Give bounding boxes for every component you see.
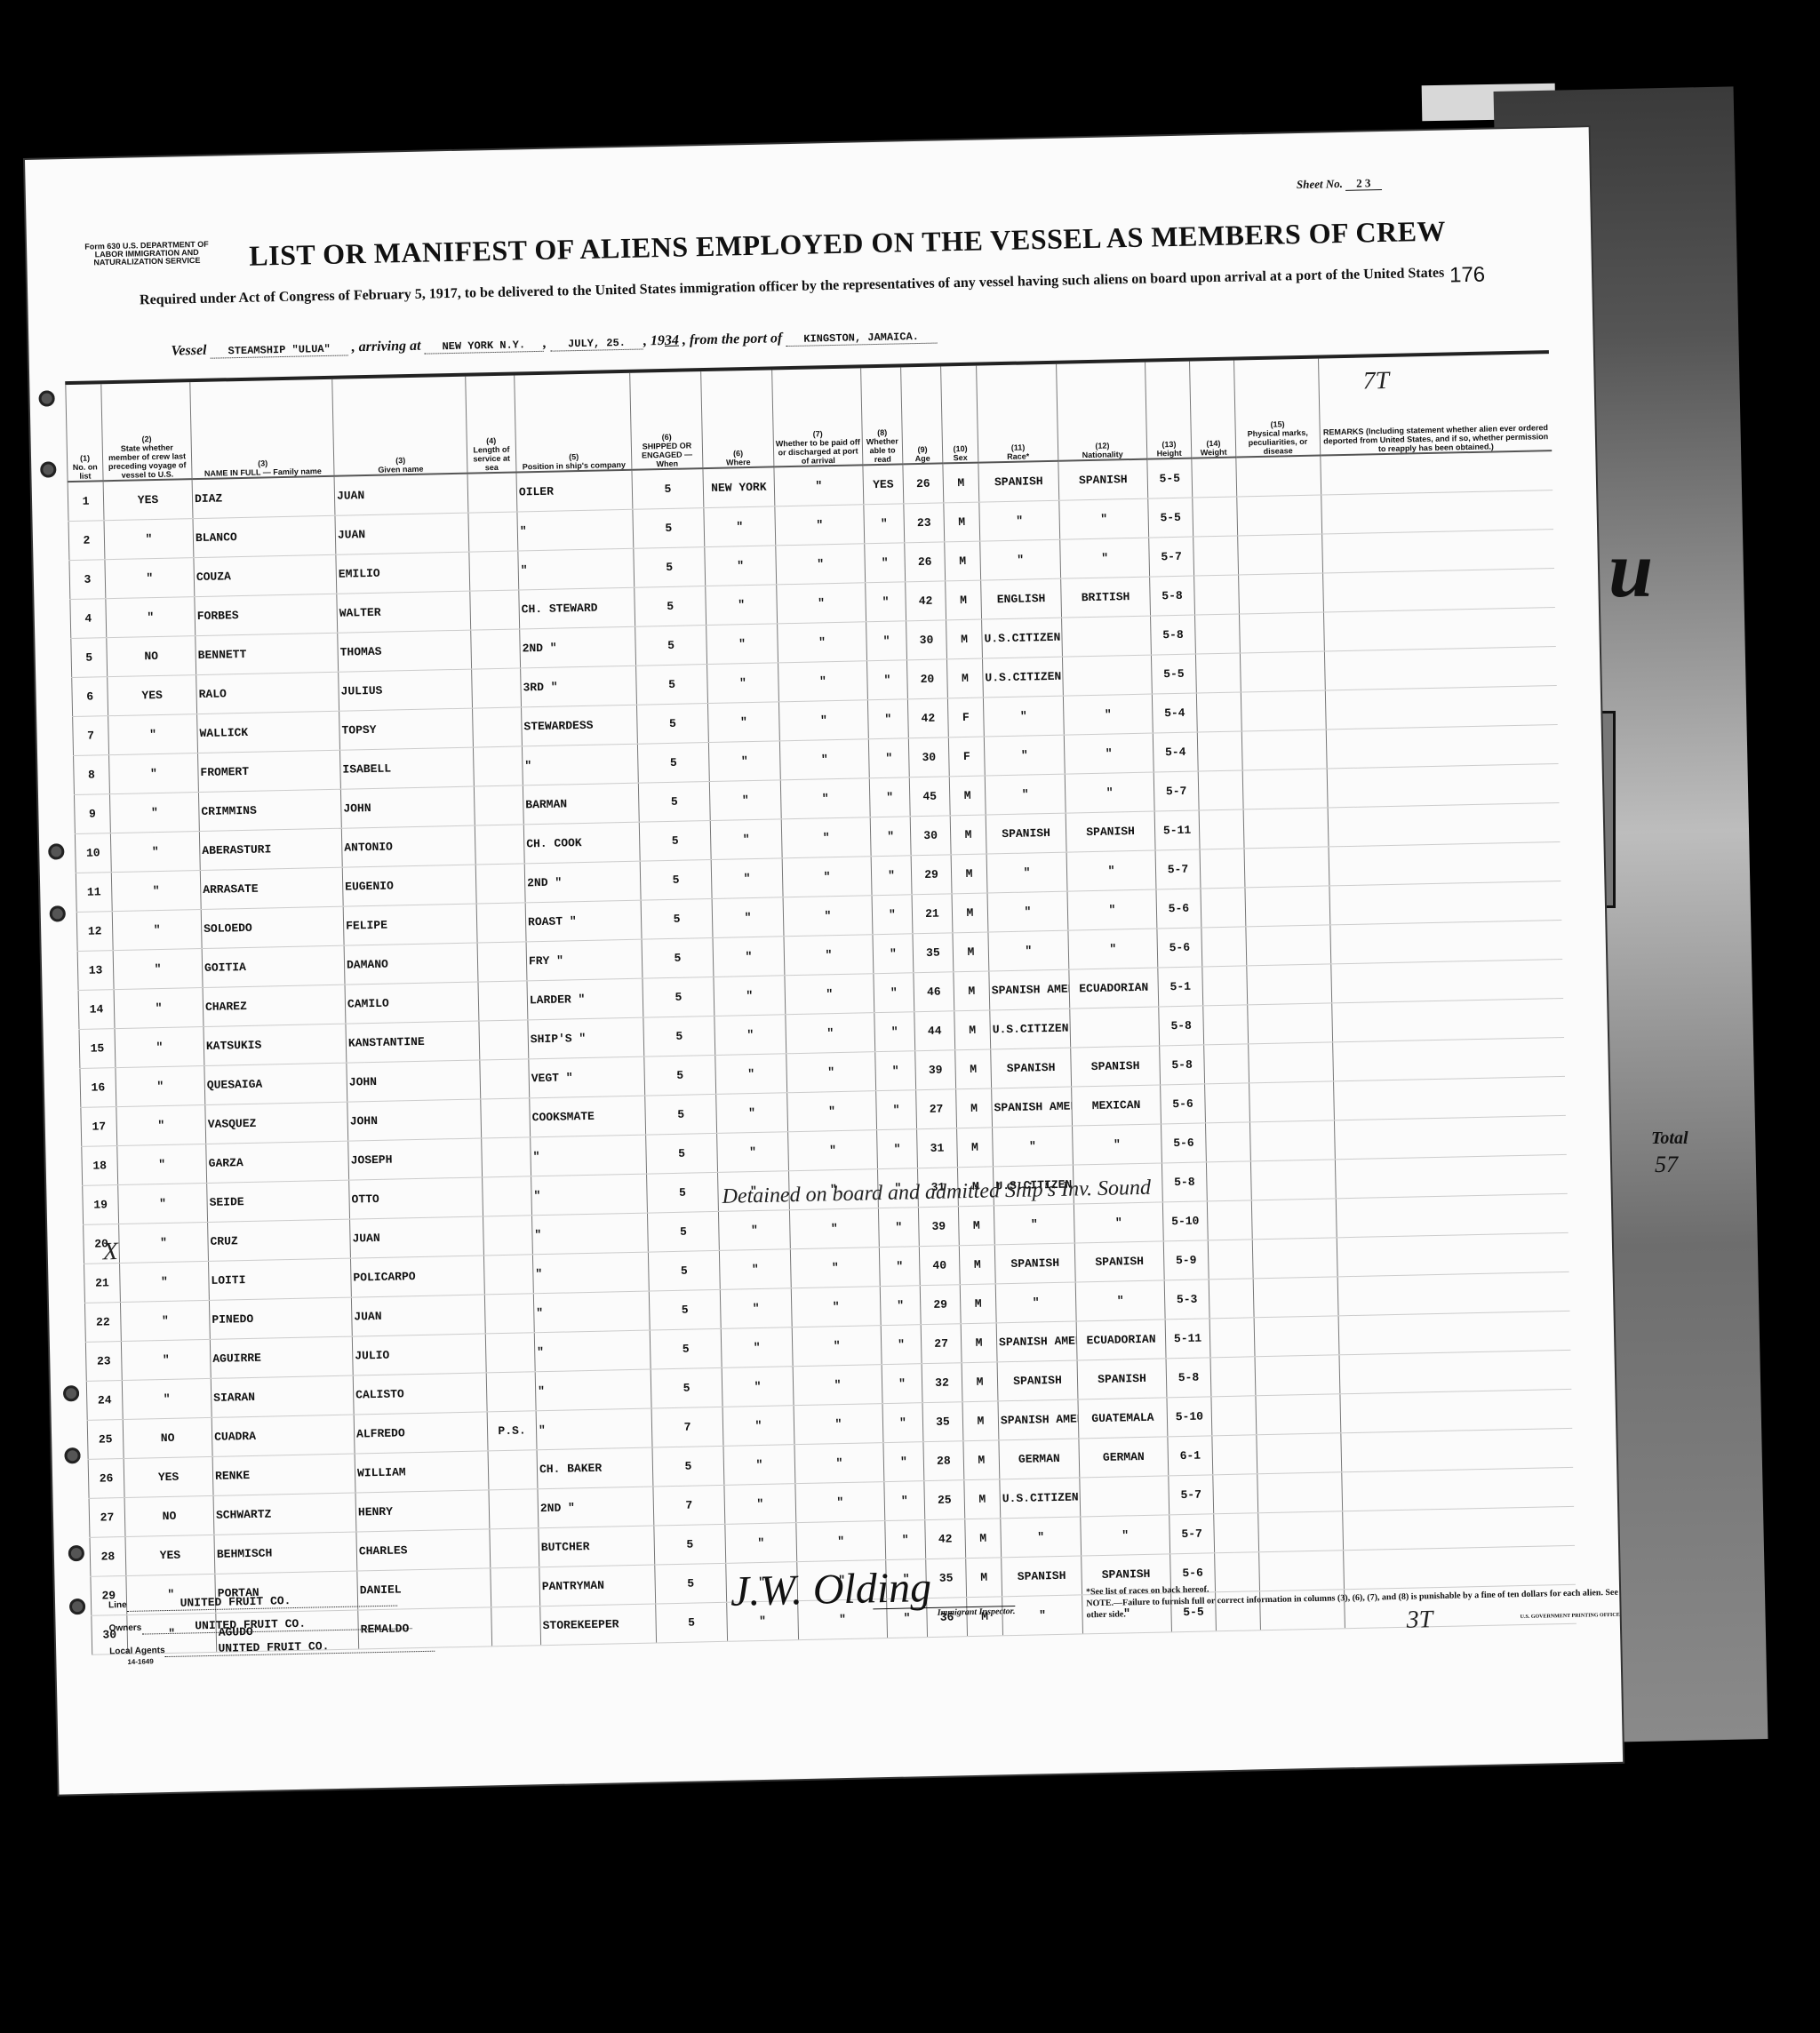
cell-nationality: ": [1064, 733, 1153, 774]
cell-read: ": [874, 973, 914, 1013]
cell-empty: [1192, 458, 1237, 498]
cell-sex: M: [949, 776, 986, 816]
cell-read: ": [883, 1442, 924, 1482]
cell-nationality: ": [1073, 1124, 1162, 1165]
cell-nationality: ECUADORIAN: [1076, 1319, 1166, 1360]
column-label: Whether able to read: [865, 436, 901, 464]
cell-empty: [1240, 651, 1325, 692]
cell-empty: [1248, 1003, 1333, 1044]
cell-empty: [1330, 920, 1562, 963]
cell-where: ": [722, 1406, 794, 1447]
cell-prev: ": [104, 519, 194, 560]
cell-height: 5-7: [1153, 771, 1199, 811]
cell-when: 5: [636, 704, 708, 745]
cell-paid: ": [778, 661, 868, 702]
cell-height: 5-8: [1161, 1162, 1207, 1202]
cell-family: RALO: [196, 672, 339, 714]
cell-position: ": [535, 1369, 651, 1411]
cell-empty: [1198, 770, 1243, 810]
cell-prev: YES: [125, 1535, 215, 1575]
cell-no: 8: [74, 755, 110, 795]
cell-no: 21: [84, 1264, 121, 1304]
cell-age: 45: [909, 777, 950, 817]
column-label: Height: [1149, 449, 1189, 458]
cell-when: 5: [638, 782, 710, 823]
cell-age: 26: [903, 463, 944, 503]
sheet-value: 2 3: [1345, 176, 1382, 191]
cell-height: 5-6: [1157, 928, 1202, 968]
cell-empty: [1325, 686, 1557, 729]
column-label: Where: [705, 457, 771, 467]
cell-when: 5: [651, 1367, 722, 1408]
cell-nationality: [1062, 616, 1152, 657]
cell-paid: ": [785, 974, 874, 1015]
cell-paid: ": [784, 935, 874, 976]
cell-given: JUAN: [335, 513, 469, 554]
cell-height: 5-7: [1155, 849, 1201, 889]
cell-race: U.S.CITIZEN: [1000, 1478, 1081, 1519]
column-label: No. on list: [69, 462, 100, 481]
cell-position: VEGT ": [529, 1056, 645, 1098]
cell-when: 5: [648, 1250, 720, 1291]
cell-service: P.S.: [487, 1411, 537, 1451]
cell-position: ": [522, 744, 638, 785]
year-value: 34: [665, 333, 679, 348]
column-header: (3)Given name: [332, 377, 467, 476]
cell-age: 42: [906, 581, 946, 621]
from-port-label: , from the port of: [682, 331, 783, 347]
cell-age: 44: [914, 1011, 955, 1051]
manifest-sheet: Form 630 U.S. DEPARTMENT OF LABOR IMMIGR…: [25, 127, 1623, 1794]
cell-where: ": [720, 1288, 792, 1329]
cell-height: 5-11: [1165, 1319, 1210, 1359]
cell-family: SIARAN: [211, 1375, 354, 1417]
cell-sex: M: [962, 1362, 998, 1402]
cell-given: JOSEPH: [348, 1138, 483, 1180]
cell-age: 35: [922, 1402, 963, 1442]
cell-when: 5: [647, 1172, 719, 1213]
cell-read: ": [877, 1129, 918, 1169]
cell-service: [489, 1489, 539, 1529]
cell-position: ROAST ": [525, 900, 642, 942]
cell-family: CUADRA: [212, 1415, 355, 1456]
cell-empty: [1201, 927, 1247, 967]
cell-race: ": [993, 1126, 1074, 1167]
cell-race: ENGLISH: [981, 578, 1062, 619]
cell-when: 5: [636, 665, 708, 706]
cell-when: 5: [633, 508, 705, 549]
cell-empty: [1203, 1005, 1249, 1045]
cell-given: JUAN: [334, 474, 468, 516]
cell-prev: ": [118, 1183, 208, 1224]
cell-paid: ": [782, 857, 872, 897]
cell-prev: ": [120, 1300, 210, 1341]
cell-service: [483, 1176, 532, 1216]
column-label: Physical marks, peculiarities, or diseas…: [1238, 428, 1319, 457]
cell-sex: M: [946, 658, 983, 698]
cell-service: [473, 707, 523, 747]
cell-no: 6: [72, 677, 108, 717]
cell-service: [468, 512, 518, 552]
cell-height: 5-6: [1161, 1084, 1206, 1124]
column-label: Age: [905, 453, 940, 463]
cell-empty: [1212, 1435, 1257, 1475]
cell-nationality: ": [1059, 498, 1149, 539]
cell-read: ": [869, 777, 910, 817]
cell-where: ": [718, 1210, 790, 1251]
cell-age: 25: [924, 1480, 965, 1520]
cell-no: 4: [70, 599, 107, 639]
cell-where: ": [712, 897, 784, 938]
department-label: Form 630 U.S. DEPARTMENT OF LABOR IMMIGR…: [80, 241, 214, 267]
cell-given: THOMAS: [338, 630, 472, 672]
cell-height: 5-10: [1167, 1397, 1212, 1437]
cell-sex: M: [956, 1088, 993, 1128]
cell-empty: [1208, 1240, 1253, 1280]
cell-service: [490, 1528, 539, 1568]
cell-given: JUAN: [351, 1295, 485, 1336]
cell-race: ": [986, 852, 1067, 893]
cell-empty: [1240, 612, 1325, 653]
cell-read: ": [868, 738, 909, 778]
cell-race: ": [995, 1282, 1076, 1323]
cell-prev: ": [112, 910, 202, 951]
cell-no: 18: [82, 1146, 118, 1186]
cell-given: WALTER: [337, 591, 471, 633]
punch-hole: [40, 461, 56, 477]
cell-position: ": [536, 1408, 652, 1450]
cell-empty: [1195, 653, 1241, 693]
cell-paid: ": [788, 1130, 878, 1171]
cell-empty: [1256, 1394, 1341, 1435]
cell-family: FROMERT: [198, 750, 341, 792]
cell-given: WILLIAM: [355, 1451, 489, 1493]
cell-when: 5: [649, 1289, 721, 1330]
cell-when: 5: [646, 1133, 718, 1174]
cell-empty: [1204, 1044, 1249, 1084]
cell-race: ": [994, 1204, 1074, 1245]
cell-empty: [1335, 1154, 1567, 1198]
handwritten-remarks-top: 7T: [1362, 367, 1389, 396]
cell-prev: ": [121, 1339, 211, 1380]
agents-label: Local Agents: [109, 1646, 165, 1656]
cell-empty: [1336, 1193, 1568, 1237]
cell-empty: [1337, 1272, 1569, 1315]
cell-where: ": [721, 1327, 793, 1368]
cell-read: ": [880, 1286, 921, 1326]
cell-position: COOKSMATE: [530, 1096, 646, 1137]
cell-empty: [1327, 764, 1559, 808]
cell-no: 27: [89, 1497, 125, 1537]
sheet-number: Sheet No. 2 3: [1297, 176, 1382, 192]
cell-prev: ": [109, 793, 199, 833]
cell-when: 5: [643, 1016, 715, 1056]
cell-empty: [1244, 847, 1329, 888]
cell-race: U.S.CITIZEN: [990, 1009, 1071, 1049]
cell-nationality: SPANISH: [1077, 1359, 1167, 1399]
cell-family: QUESAIGA: [204, 1063, 347, 1104]
cell-sex: M: [963, 1440, 1000, 1480]
cell-when: 5: [634, 547, 706, 588]
cell-height: 5-5: [1148, 498, 1193, 538]
cell-family: CRUZ: [208, 1219, 351, 1261]
punch-hole: [64, 1447, 80, 1463]
cell-empty: [1197, 731, 1242, 771]
cell-family: COUZA: [194, 554, 337, 596]
column-header: (5)Position in ship's company: [515, 373, 632, 473]
cell-prev: ": [122, 1378, 212, 1419]
cell-paid: ": [779, 739, 869, 780]
column-header: (1)No. on list: [66, 384, 103, 482]
cell-given: CALISTO: [353, 1373, 487, 1415]
cell-paid: ": [791, 1287, 881, 1327]
cell-age: 32: [922, 1363, 962, 1403]
cell-position: CH. COOK: [523, 822, 640, 864]
cell-empty: [1207, 1200, 1252, 1240]
column-header: (14)Weight: [1190, 361, 1236, 458]
cell-no: 24: [86, 1381, 123, 1421]
cell-empty: [1202, 966, 1248, 1006]
cell-empty: [1334, 1115, 1566, 1159]
cell-no: 14: [78, 990, 115, 1030]
cell-no: 19: [83, 1185, 119, 1225]
cell-empty: [1194, 575, 1240, 615]
cell-empty: [1258, 1511, 1344, 1552]
cell-position: ": [518, 548, 635, 590]
arriving-label: , arriving at: [352, 339, 421, 355]
cell-where: ": [704, 506, 776, 547]
cell-sex: M: [944, 502, 980, 542]
cell-height: 5-8: [1159, 1006, 1204, 1046]
cell-height: 5-6: [1156, 889, 1201, 929]
cell-where: ": [706, 624, 778, 665]
cell-paid: ": [783, 896, 873, 937]
cell-given: OTTO: [349, 1177, 483, 1219]
cell-given: EUGENIO: [342, 865, 476, 906]
column-header: (15)Physical marks, peculiarities, or di…: [1234, 359, 1321, 458]
column-header: (3)NAME IN FULL — Family name: [190, 379, 334, 479]
cell-family: RENKE: [212, 1454, 355, 1495]
sheet-label: Sheet No.: [1297, 177, 1343, 191]
cell-position: 2ND ": [538, 1487, 654, 1528]
cell-empty: [1342, 1467, 1574, 1511]
cell-height: 5-8: [1160, 1045, 1205, 1085]
cell-paid: ": [794, 1404, 883, 1445]
cell-family: BENNETT: [196, 633, 339, 674]
cell-given: ISABELL: [339, 747, 474, 789]
cell-empty: [1323, 569, 1555, 612]
cell-age: 28: [923, 1441, 964, 1481]
cell-sex: M: [950, 815, 986, 855]
cell-sex: M: [951, 854, 987, 894]
cell-sex: M: [960, 1284, 996, 1324]
cell-paid: ": [774, 465, 864, 506]
cell-nationality: ": [1067, 889, 1157, 930]
cell-no: 17: [81, 1107, 117, 1147]
cell-empty: [1255, 1355, 1340, 1396]
cell-prev: YES: [124, 1456, 213, 1497]
cell-no: 22: [84, 1303, 121, 1343]
cell-family: WALLICK: [197, 711, 340, 753]
cell-sex: M: [943, 463, 979, 503]
cell-when: 5: [640, 860, 712, 901]
cell-paid: ": [780, 778, 870, 819]
cell-given: JOHN: [340, 786, 475, 828]
cell-no: 15: [79, 1029, 116, 1069]
cell-family: FORBES: [195, 594, 338, 635]
cell-age: 30: [910, 816, 951, 856]
cell-position: 2ND ": [520, 626, 636, 668]
cell-service: [485, 1333, 535, 1373]
cell-empty: [1205, 1122, 1250, 1162]
cell-where: ": [724, 1484, 796, 1525]
cell-when: 5: [637, 743, 709, 784]
cell-read: ": [872, 895, 913, 935]
cell-empty: [1340, 1389, 1572, 1432]
cell-read: ": [871, 856, 912, 896]
cell-nationality: ECUADORIAN: [1069, 968, 1159, 1009]
cell-no: 25: [87, 1420, 124, 1460]
cell-read: ": [885, 1520, 926, 1560]
cell-race: ": [979, 500, 1060, 541]
cell-prev: NO: [124, 1495, 214, 1536]
cell-empty: [1250, 1160, 1336, 1200]
cell-service: [480, 1059, 530, 1099]
cell-sex: M: [946, 580, 982, 620]
vessel-line: Vessel STEAMSHIP "ULUA" , arriving at NE…: [171, 328, 937, 360]
column-header: (8)Whether able to read: [861, 367, 903, 465]
cell-height: 5-5: [1151, 654, 1196, 694]
cell-read: ": [874, 1012, 915, 1052]
cell-service: [476, 903, 526, 943]
crew-table: (1)No. on list(2)State whether member of…: [65, 350, 1576, 1655]
cell-where: ": [723, 1445, 795, 1486]
cell-race: SPANISH AMERICAN: [989, 969, 1070, 1010]
page-title: LIST OR MANIFEST OF ALIENS EMPLOYED ON T…: [249, 215, 1446, 273]
cell-empty: [1246, 925, 1331, 966]
cell-age: 27: [916, 1089, 957, 1129]
cell-read: ": [867, 699, 908, 739]
cell-empty: [1334, 1076, 1566, 1120]
column-header: (9)Age: [901, 366, 943, 464]
cell-read: ": [866, 621, 907, 661]
cell-age: 30: [908, 737, 949, 777]
cell-family: VASQUEZ: [205, 1102, 348, 1144]
cell-prev: ": [116, 1104, 206, 1145]
cell-empty: [1341, 1428, 1573, 1471]
cell-empty: [1210, 1357, 1256, 1397]
cell-race: SPANISH: [997, 1360, 1078, 1401]
cell-sex: M: [954, 1010, 991, 1050]
cell-position: CH. STEWARD: [519, 587, 635, 629]
cell-race: ": [1001, 1517, 1082, 1558]
column-label: Race*: [980, 451, 1056, 462]
cell-read: ": [870, 817, 911, 857]
cell-race: SPANISH AMERICAN: [992, 1087, 1073, 1128]
cell-empty: [1249, 1042, 1334, 1083]
cell-when: 7: [653, 1485, 725, 1526]
cell-empty: [1193, 497, 1238, 537]
cell-race: SPANISH: [991, 1048, 1072, 1088]
cell-nationality: [1080, 1476, 1169, 1517]
cell-read: ": [882, 1403, 923, 1443]
cell-empty: [1343, 1506, 1575, 1550]
cell-race: SPANISH AMERICAN: [996, 1321, 1077, 1362]
cell-no: 10: [75, 833, 111, 873]
cell-empty: [1201, 888, 1246, 928]
cell-family: CRIMMINS: [198, 789, 341, 831]
cell-empty: [1195, 614, 1241, 654]
column-label: State whether member of crew last preced…: [105, 442, 190, 480]
cell-race: ": [984, 735, 1065, 776]
cell-given: HENRY: [355, 1490, 490, 1532]
cell-position: SHIP'S ": [528, 1017, 644, 1059]
cell-no: 3: [69, 560, 106, 600]
cell-nationality: ": [1068, 929, 1158, 969]
cell-paid: ": [795, 1482, 885, 1523]
cell-where: ": [714, 1015, 786, 1056]
cell-service: [469, 551, 519, 591]
vessel-value: STEAMSHIP "ULUA": [210, 342, 347, 358]
cell-where: ": [705, 546, 777, 586]
cell-read: ": [879, 1247, 920, 1287]
cell-given: JOHN: [347, 1060, 481, 1102]
cell-given: ALFREDO: [354, 1412, 488, 1454]
cell-height: 6-1: [1168, 1436, 1213, 1476]
cell-sex: M: [965, 1519, 1002, 1559]
cell-empty: [1249, 1081, 1335, 1122]
cell-height: 5-5: [1147, 458, 1193, 499]
cell-paid: ": [792, 1326, 882, 1367]
cell-nationality: SPANISH: [1071, 1046, 1161, 1087]
cell-given: FELIPE: [343, 904, 477, 945]
cell-height: 5-7: [1169, 1475, 1214, 1515]
cell-service: [475, 825, 524, 865]
cell-empty: [1209, 1279, 1254, 1319]
cell-service: [481, 1098, 531, 1138]
cell-when: 5: [643, 977, 714, 1017]
cell-no: 26: [88, 1458, 124, 1498]
punch-hole: [69, 1598, 85, 1614]
cell-no: 23: [85, 1342, 122, 1382]
cell-family: SOLOEDO: [201, 906, 344, 948]
cell-read: ": [884, 1481, 925, 1521]
cell-read: ": [865, 543, 906, 583]
cell-service: [475, 864, 525, 904]
cell-given: JUAN: [350, 1216, 484, 1258]
cell-sex: M: [957, 1128, 994, 1168]
cell-age: 39: [918, 1207, 959, 1247]
cell-height: 5-8: [1150, 576, 1195, 616]
cell-service: [488, 1450, 538, 1490]
cell-height: 5-10: [1162, 1201, 1208, 1241]
cell-nationality: MEXICAN: [1072, 1085, 1161, 1126]
cell-no: 11: [76, 873, 112, 913]
cell-prev: ": [119, 1222, 209, 1263]
cell-read: ": [875, 1051, 916, 1091]
column-label: Nationality: [1060, 450, 1145, 460]
cell-sex: M: [955, 1049, 992, 1089]
cell-position: 2ND ": [524, 861, 641, 903]
cell-height: 5-6: [1161, 1123, 1207, 1163]
cell-empty: [1243, 808, 1329, 849]
cell-height: 5-7: [1169, 1514, 1215, 1554]
cell-prev: ": [109, 753, 199, 794]
cell-empty: [1337, 1232, 1569, 1276]
cell-where: ": [722, 1367, 794, 1407]
cell-height: 5-4: [1153, 732, 1198, 772]
cell-prev: ": [114, 988, 204, 1029]
